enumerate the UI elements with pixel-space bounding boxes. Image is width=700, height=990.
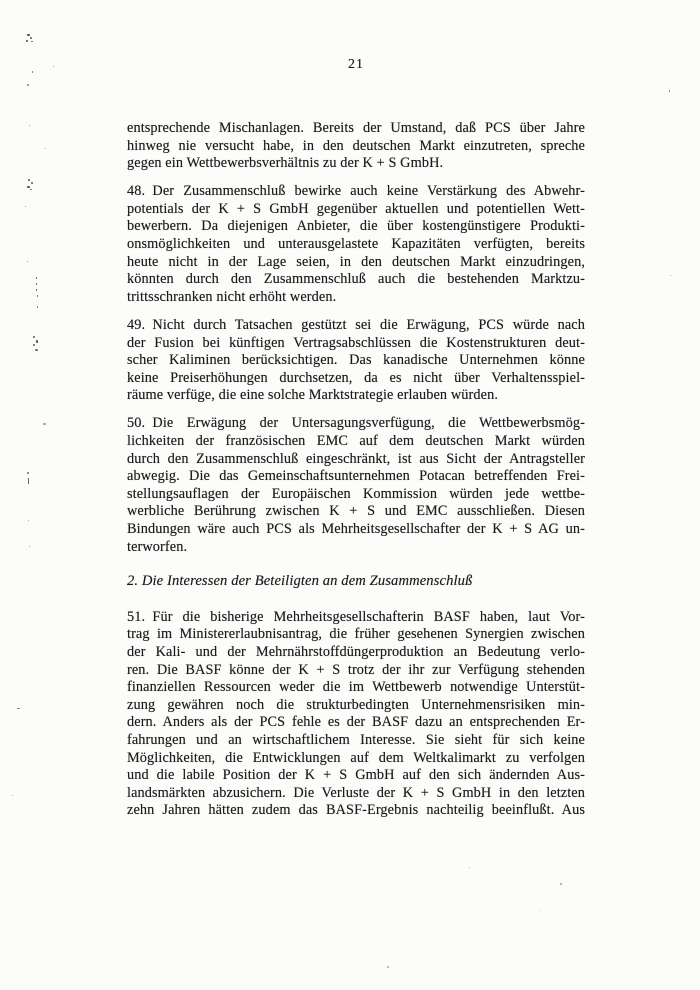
scan-speckle: [27, 472, 29, 474]
paragraph-49: 49. Nicht durch Tatsachen gestützt sei d…: [127, 317, 585, 405]
scan-speckle: [36, 277, 37, 279]
scan-speckle: [37, 306, 38, 308]
scan-speckle: [25, 206, 26, 207]
scan-speckle: [33, 344, 35, 346]
scan-speckle: [469, 867, 470, 868]
scan-speckle: [27, 261, 28, 262]
scan-speckle: [17, 708, 20, 709]
scan-speckle: [30, 37, 32, 39]
scan-speckle: [53, 66, 54, 67]
scan-speckle: [387, 966, 389, 968]
text-line: ren. Die BASF könne der K + S trotz der …: [127, 662, 585, 680]
scan-speckle: [27, 186, 30, 188]
text-line: 50. Die Erwägung der Untersagungsverfügu…: [127, 415, 585, 433]
scan-speckle: [29, 546, 30, 547]
scan-speckle: [32, 71, 33, 73]
scan-speckle: [669, 90, 670, 92]
scan-speckle: [45, 148, 46, 149]
scan-speckle: [26, 40, 28, 42]
text-line: 49. Nicht durch Tatsachen gestützt sei d…: [127, 317, 585, 335]
scan-speckle: [27, 84, 29, 86]
scan-speckle: [36, 289, 37, 291]
text-line: Bindungen wäre auch PCS als Mehrheitsges…: [127, 521, 585, 539]
scan-speckle: [670, 275, 671, 276]
scan-speckle: [31, 41, 33, 42]
section-heading: 2. Die Interessen der Beteiligten an dem…: [127, 573, 585, 591]
text-line: bewerbern. Da diejenigen Anbieter, die ü…: [127, 218, 585, 236]
text-line: landsmärkten abzusichern. Die Verluste d…: [127, 785, 585, 803]
scan-speckle: [35, 349, 38, 351]
scan-speckle: [28, 179, 30, 181]
text-line: onsmöglichkeiten und unterausgelastete K…: [127, 236, 585, 254]
text-line: trag im Ministererlaubnisantrag, die frü…: [127, 626, 585, 644]
text-line: hinweg nie versucht habe, in den deutsch…: [127, 138, 585, 156]
text-line: und die labile Position der K + S GmbH a…: [127, 767, 585, 785]
text-line: zung gewähren noch die strukturbedingten…: [127, 697, 585, 715]
paragraph-48: 48. Der Zusammenschluß bewirke auch kein…: [127, 183, 585, 306]
text-line: heute nicht in der Lage seien, in den de…: [127, 254, 585, 272]
scan-speckle: [33, 336, 35, 338]
scan-speckle: [36, 283, 37, 285]
text-line: könnten durch den Zusammenschluß auch di…: [127, 271, 585, 289]
scan-speckle: [27, 34, 30, 36]
text-line: scher Kaliminen berücksichtigen. Das kan…: [127, 352, 585, 370]
scan-speckle: [36, 340, 38, 343]
text-line: abwegig. Die das Gemeinschaftsunternehme…: [127, 468, 585, 486]
text-line: dern. Anders als der PCS fehle es der BA…: [127, 714, 585, 732]
text-line: entsprechende Mischanlagen. Bereits der …: [127, 120, 585, 138]
text-line: der Kali- und der Mehrnährstoffdüngerpro…: [127, 644, 585, 662]
text-line: lichkeiten der französischen EMC auf dem…: [127, 433, 585, 451]
text-line: zehn Jahren hätten zudem das BASF-Ergebn…: [127, 802, 585, 820]
page-number: 21: [127, 57, 585, 73]
scan-speckle: [30, 189, 32, 190]
scan-speckle: [31, 182, 33, 184]
text-line: terworfen.: [127, 539, 585, 557]
text-line: finanziellen Ressourcen weder die im Wet…: [127, 679, 585, 697]
text-line: der Fusion bei künftigen Vertragsabschlü…: [127, 335, 585, 353]
paragraph-50: 50. Die Erwägung der Untersagungsverfügu…: [127, 415, 585, 556]
text-line: werbliche Berührung zwischen K + S und E…: [127, 503, 585, 521]
scan-speckle: [12, 795, 13, 796]
document-body: entsprechende Mischanlagen. Bereits der …: [127, 120, 585, 830]
text-line: räume verfüge, die eine solche Marktstra…: [127, 387, 585, 405]
text-line: gegen ein Wettbewerbsverhältnis zu der K…: [127, 155, 585, 173]
scan-speckle: [539, 910, 540, 911]
paragraph-47-continuation: entsprechende Mischanlagen. Bereits der …: [127, 120, 585, 173]
scan-speckle: [28, 520, 29, 521]
text-line: potentials der K + S GmbH gegenüber aktu…: [127, 201, 585, 219]
paragraph-51: 51. Für die bisherige Mehrheitsgesellsch…: [127, 609, 585, 820]
text-line: fahrungen und an wirtschaftlichem Intere…: [127, 732, 585, 750]
text-line: trittsschranken nicht erhöht werden.: [127, 289, 585, 307]
scan-speckle: [43, 423, 46, 425]
scanned-document-page: 21 entsprechende Mischanlagen. Bereits d…: [0, 0, 700, 990]
text-line: 51. Für die bisherige Mehrheitsgesellsch…: [127, 609, 585, 627]
scan-speckle: [560, 883, 562, 885]
text-line: keine Preiserhöhungen durchsetzen, da es…: [127, 370, 585, 388]
scan-speckle: [28, 478, 29, 484]
text-line: durch den Zusammenschluß eingeschränkt, …: [127, 451, 585, 469]
text-line: Möglichkeiten, die Entwicklungen auf dem…: [127, 750, 585, 768]
scan-speckle: [37, 295, 38, 297]
text-line: stellungsauflagen der Europäischen Kommi…: [127, 486, 585, 504]
text-line: 48. Der Zusammenschluß bewirke auch kein…: [127, 183, 585, 201]
scan-speckle: [29, 125, 30, 126]
